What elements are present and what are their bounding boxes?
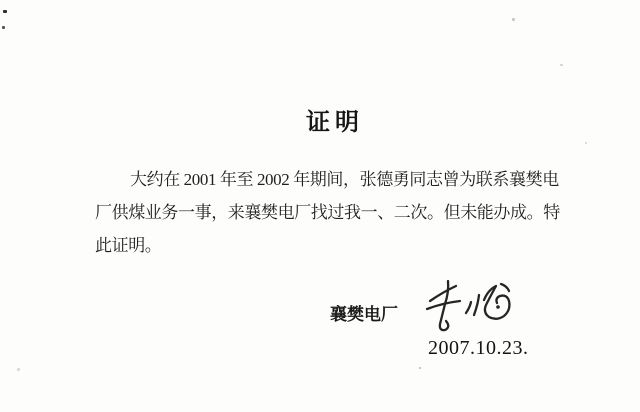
body-line-2: 厂供煤业务一事，来襄樊电厂找过我一、二次。但未能办成。特 (95, 196, 595, 229)
scan-speck (17, 368, 20, 371)
scan-speck (560, 64, 563, 66)
signer-organization: 襄樊电厂 (330, 300, 398, 325)
scan-speck (585, 142, 587, 144)
document-title: 证明 (306, 102, 364, 137)
signature-date: 2007.10.23. (428, 337, 529, 360)
handwritten-signature (418, 274, 522, 338)
document-body: 大约在 2001 年至 2002 年期间，张德勇同志曾为联系襄樊电 厂供煤业务一… (95, 163, 595, 262)
certificate-document: 证明 大约在 2001 年至 2002 年期间，张德勇同志曾为联系襄樊电 厂供煤… (0, 0, 640, 412)
scan-speck (419, 367, 421, 369)
body-line-3: 此证明。 (95, 229, 595, 262)
body-line-1: 大约在 2001 年至 2002 年期间，张德勇同志曾为联系襄樊电 (95, 163, 595, 196)
scan-speck (2, 26, 5, 29)
scan-speck (3, 10, 7, 13)
scan-speck (512, 18, 515, 21)
